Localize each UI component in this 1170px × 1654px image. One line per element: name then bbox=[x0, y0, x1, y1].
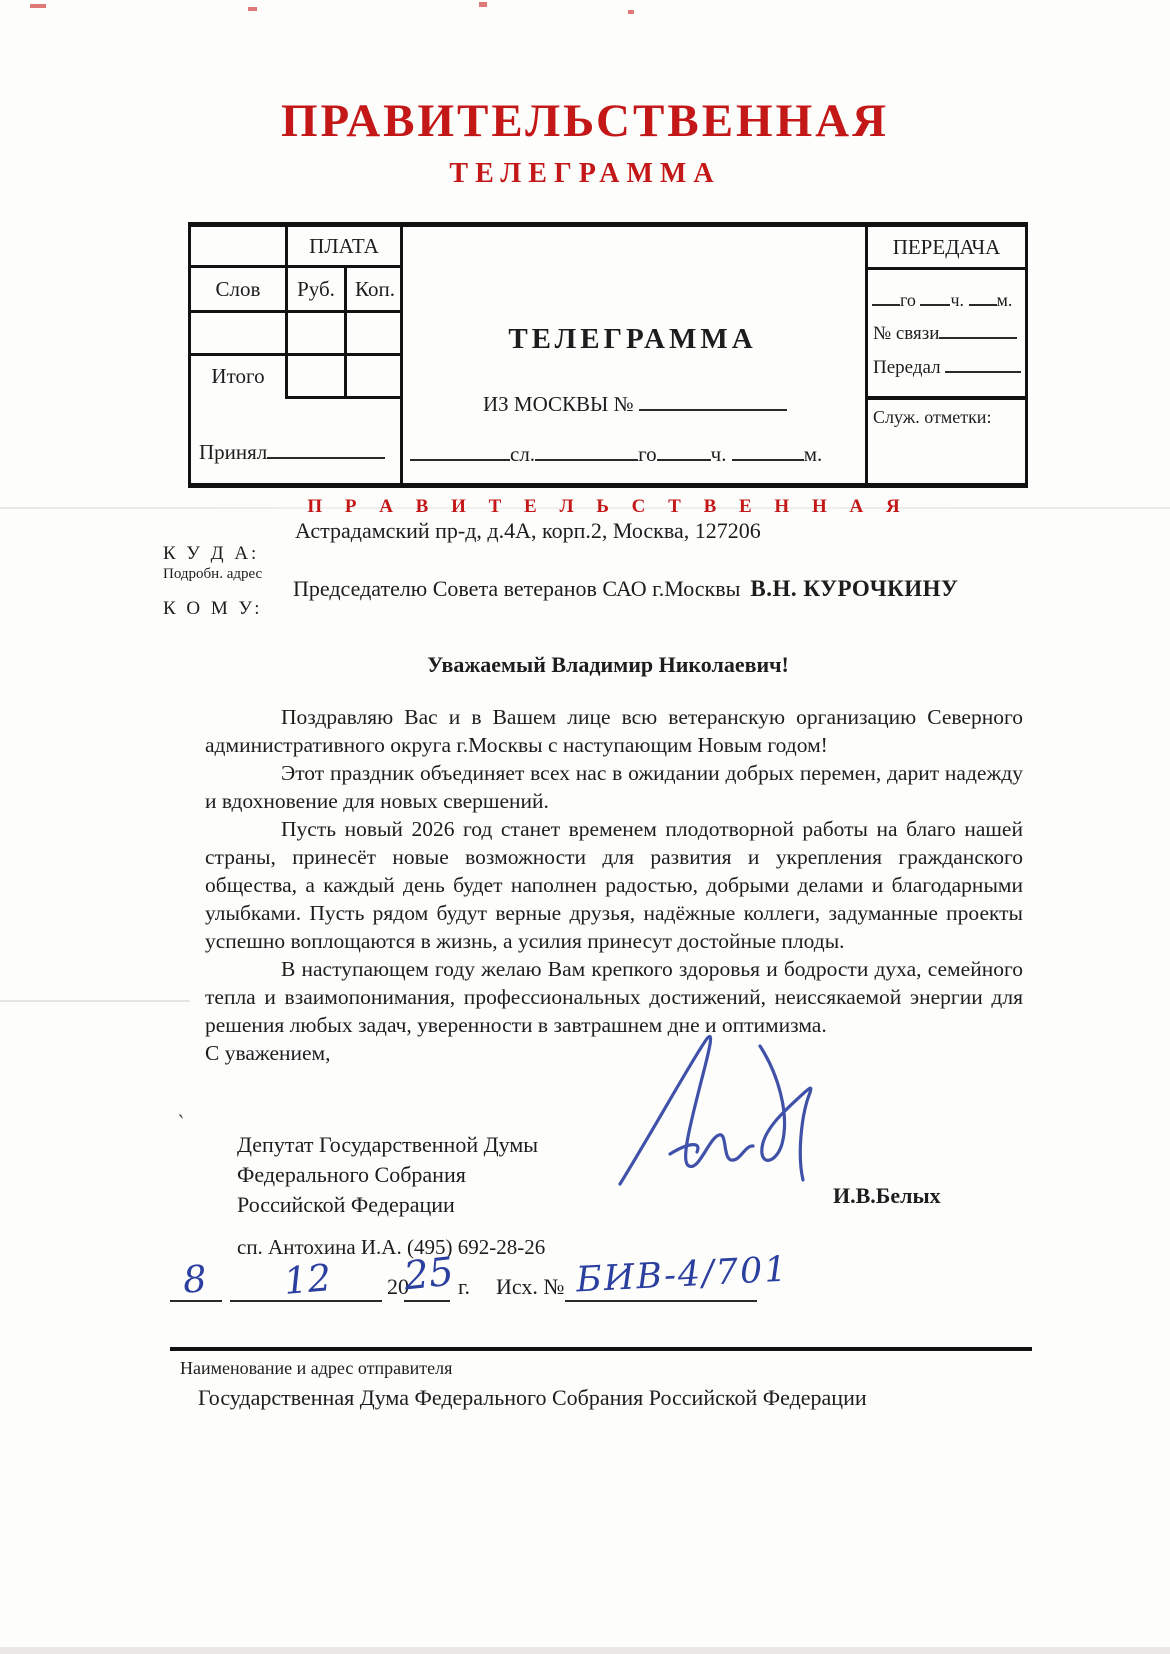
grid-line bbox=[191, 310, 403, 313]
blank bbox=[410, 439, 510, 461]
paragraph: Поздравляю Вас и в Вашем лице всю ветера… bbox=[205, 703, 1023, 759]
transmission-header-cell: ПЕРЕДАЧА bbox=[868, 229, 1025, 265]
scan-edge-shadow bbox=[0, 1647, 1170, 1654]
payment-kop-cell: Коп. bbox=[347, 268, 403, 310]
sender-address: Астрадамский пр-д, д.4А, корп.2, Москва,… bbox=[295, 518, 761, 544]
scan-artifact bbox=[248, 7, 257, 11]
signer-position: Депутат Государственной Думы Федеральног… bbox=[237, 1130, 538, 1220]
origin-label: ИЗ МОСКВЫ № bbox=[483, 392, 634, 416]
where-label: К У Д А: bbox=[163, 543, 259, 565]
service-notes-label: Служ. отметки: bbox=[873, 407, 991, 428]
recipient-line: Председателю Совета ветеранов САО г.Моск… bbox=[293, 576, 958, 602]
blank bbox=[872, 287, 900, 306]
grid-line bbox=[285, 396, 403, 399]
blank bbox=[969, 287, 997, 306]
telegram-document-page: ПРАВИТЕЛЬСТВЕННАЯ ТЕЛЕГРАММА ПЛАТА Слов … bbox=[0, 0, 1170, 1654]
blank bbox=[939, 319, 1017, 339]
recipient-title: Председателю Совета ветеранов САО г.Моск… bbox=[293, 576, 740, 601]
grid-line bbox=[868, 267, 1025, 270]
footer-sender: Государственная Дума Федерального Собран… bbox=[198, 1385, 867, 1411]
signer-name: И.В.Белых bbox=[833, 1183, 941, 1209]
footer-rule bbox=[170, 1347, 1032, 1351]
month-blank bbox=[230, 1300, 382, 1302]
page-subtitle: ТЕЛЕГРАММА bbox=[0, 158, 1170, 190]
payment-words-cell: Слов bbox=[191, 268, 285, 310]
m-label: м. bbox=[997, 290, 1013, 310]
go-label: го bbox=[900, 290, 916, 310]
ch-label: ч. bbox=[711, 442, 727, 466]
signer-position-line: Депутат Государственной Думы bbox=[237, 1130, 538, 1160]
handwritten-day: 8 bbox=[182, 1257, 208, 1302]
form-title: ТЕЛЕГРАММА bbox=[400, 323, 865, 356]
m-label: м. bbox=[804, 442, 823, 466]
sent-by-label: Передал bbox=[873, 357, 941, 378]
handwritten-signature bbox=[612, 1032, 827, 1207]
telegram-form-table: ПЛАТА Слов Руб. Коп. Итого Принял ТЕЛЕГР… bbox=[188, 222, 1028, 488]
scan-artifact bbox=[479, 2, 487, 7]
letter-body: Поздравляю Вас и в Вашем лице всю ветера… bbox=[205, 703, 1023, 1067]
sent-by-field: Передал bbox=[873, 353, 1021, 379]
link-number-label: № связи bbox=[873, 323, 939, 344]
paragraph: Этот праздник объединяет всех нас в ожид… bbox=[205, 759, 1023, 815]
scan-artifact bbox=[30, 4, 46, 8]
page-title: ПРАВИТЕЛЬСТВЕННАЯ bbox=[0, 94, 1170, 148]
payment-header-cell: ПЛАТА bbox=[285, 227, 403, 265]
blank bbox=[945, 353, 1021, 373]
payment-rub-cell: Руб. bbox=[288, 268, 344, 310]
handwritten-ref-number: БИВ-4/701 bbox=[575, 1249, 789, 1300]
footer-label: Наименование и адрес отправителя bbox=[180, 1358, 452, 1379]
grid-line bbox=[865, 227, 868, 483]
assistant-contact: сп. Антохина И.А. (495) 692-28-26 bbox=[237, 1235, 545, 1260]
whom-label: К О М У: bbox=[163, 598, 263, 620]
blank bbox=[732, 439, 804, 461]
blank bbox=[920, 287, 950, 306]
year-suffix: г. bbox=[458, 1274, 470, 1300]
handwritten-year: 25 bbox=[402, 1250, 456, 1300]
handwritten-month: 12 bbox=[282, 1256, 333, 1303]
sl-label: сл. bbox=[510, 442, 535, 466]
blank bbox=[535, 439, 638, 461]
scan-artifact: ` bbox=[173, 1110, 186, 1137]
salutation: Уважаемый Владимир Николаевич! bbox=[188, 652, 1028, 678]
signature-strokes bbox=[612, 1032, 827, 1202]
signer-position-line: Российской Федерации bbox=[237, 1190, 538, 1220]
blank bbox=[657, 439, 711, 461]
day-blank bbox=[170, 1300, 222, 1302]
received-by-blank bbox=[267, 437, 385, 459]
outgoing-ref-label: Исх. № bbox=[496, 1274, 564, 1300]
scan-artifact bbox=[628, 10, 634, 14]
ref-number-blank bbox=[565, 1300, 757, 1302]
received-by-label: Принял bbox=[199, 440, 267, 464]
origin-field: ИЗ МОСКВЫ № bbox=[483, 389, 787, 417]
where-sublabel: Подробн. адрес bbox=[163, 566, 262, 583]
link-number-field: № связи bbox=[873, 319, 1017, 345]
grid-line bbox=[868, 396, 1025, 400]
go-label: го bbox=[638, 442, 657, 466]
signer-position-line: Федерального Собрания bbox=[237, 1160, 538, 1190]
paper-crease bbox=[0, 1000, 190, 1002]
center-datetime-field: сл.гоч. м. bbox=[410, 439, 822, 467]
paragraph: В наступающем году желаю Вам крепкого зд… bbox=[205, 955, 1023, 1039]
ch-label: ч. bbox=[950, 290, 964, 310]
transmission-datetime-field: го ч. м. bbox=[872, 287, 1012, 311]
recipient-name: В.Н. КУРОЧКИНУ bbox=[750, 576, 958, 601]
year-blank bbox=[404, 1300, 450, 1302]
payment-total-cell: Итого bbox=[191, 356, 285, 396]
category-stamp: П Р А В И Т Е Л Ь С Т В Е Н Н А Я bbox=[188, 496, 1028, 518]
paragraph: Пусть новый 2026 год станет временем пло… bbox=[205, 815, 1023, 955]
origin-blank bbox=[639, 389, 787, 411]
received-by-field: Принял bbox=[199, 437, 385, 465]
